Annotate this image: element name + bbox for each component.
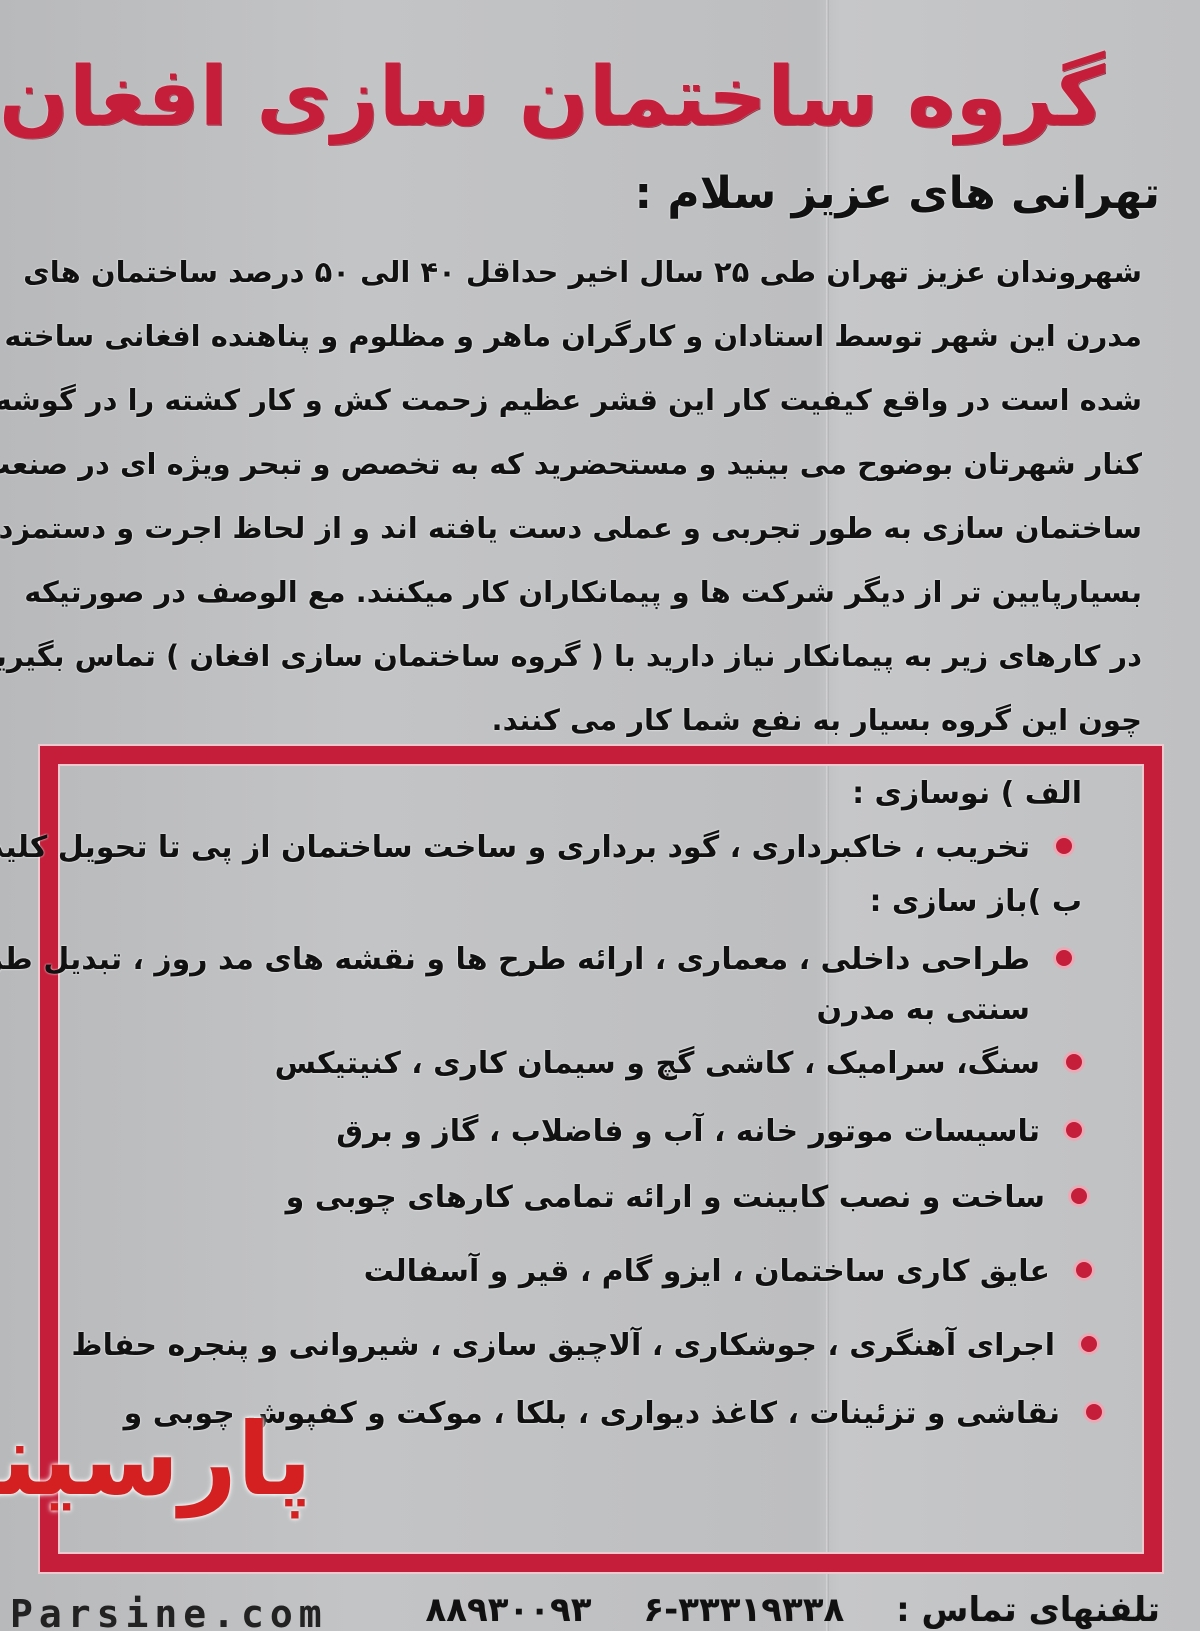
bullet-icon — [1086, 1404, 1102, 1420]
bullet-icon — [1056, 950, 1072, 966]
service-item-text: طراحی داخلی ، معماری ، ارائه طرح ها و نق… — [0, 934, 1030, 986]
service-item: تاسیسات موتور خانه ، آب و فاضلاب ، گاز و… — [336, 1106, 1040, 1158]
service-item-text: ساخت و نصب کابینت و ارائه تمامی کارهای چ… — [286, 1172, 1045, 1224]
bullet-icon — [1056, 838, 1072, 854]
service-item: عایق کاری ساختمان ، ایزو گام ، قیر و آسف… — [364, 1246, 1050, 1298]
service-item-text: تاسیسات موتور خانه ، آب و فاضلاب ، گاز و… — [336, 1106, 1040, 1158]
bullet-icon — [1076, 1262, 1092, 1278]
service-item: ساخت و نصب کابینت و ارائه تمامی کارهای چ… — [286, 1172, 1045, 1224]
bullet-icon — [1066, 1122, 1082, 1138]
service-item-text: عایق کاری ساختمان ، ایزو گام ، قیر و آسف… — [364, 1246, 1050, 1298]
intro-line: شهروندان عزیز تهران طی ۲۵ سال اخیر حداقل… — [52, 240, 1142, 304]
intro-line: شده است در واقع کیفیت کار این قشر عظیم ز… — [52, 368, 1142, 432]
intro-line: مدرن این شهر توسط استادان و کارگران ماهر… — [52, 304, 1142, 368]
contact-phones: تلفنهای تماس : ۳۳۳۱۹۳۳۸-۶ ۸۸۹۳۰۰۹۳ — [386, 1590, 1161, 1630]
intro-line: کنار شهرتان بوضوح می بینید و مستحضرید که… — [52, 432, 1142, 496]
bullet-icon — [1071, 1188, 1087, 1204]
service-item-text: اجرای آهنگری ، جوشکاری ، آلاچیق سازی ، ش… — [71, 1320, 1055, 1372]
intro-line: در کارهای زیر به پیمانکار نیاز دارید با … — [52, 624, 1142, 688]
flyer: گروه ساختمان سازی افغان تهرانی های عزیز … — [0, 0, 1200, 1631]
service-item: تخریب ، خاکبرداری ، گود برداری و ساخت سا… — [0, 822, 1030, 874]
service-item-text: سنگ، سرامیک ، کاشی گچ و سیمان کاری ، کنی… — [275, 1038, 1040, 1090]
bullet-icon — [1066, 1054, 1082, 1070]
section-a-heading: الف ) نوسازی : — [852, 776, 1082, 811]
service-item: سنگ، سرامیک ، کاشی گچ و سیمان کاری ، کنی… — [275, 1038, 1040, 1090]
phone-number: ۳۳۳۱۹۳۳۸-۶ — [643, 1590, 844, 1630]
service-item-text-continued: سنتی به مدرن — [0, 986, 1030, 1034]
intro-line: چون این گروه بسیار به نفع شما کار می کنن… — [52, 688, 1142, 752]
watermark-logo: پارسینه — [12, 1400, 312, 1520]
watermark-url: Parsine.com — [10, 1592, 328, 1631]
intro-line: ساختمان سازی به طور تجربی و عملی دست یاف… — [52, 496, 1142, 560]
phone-number: ۸۸۹۳۰۰۹۳ — [426, 1590, 592, 1630]
service-item: اجرای آهنگری ، جوشکاری ، آلاچیق سازی ، ش… — [71, 1320, 1055, 1372]
section-b-heading: ب )باز سازی : — [869, 884, 1082, 919]
greeting-heading: تهرانی های عزیز سلام : — [634, 168, 1160, 219]
service-item-text: تخریب ، خاکبرداری ، گود برداری و ساخت سا… — [0, 822, 1030, 874]
intro-paragraph: شهروندان عزیز تهران طی ۲۵ سال اخیر حداقل… — [52, 240, 1142, 752]
intro-line: بسیارپایین تر از دیگر شرکت ها و پیمانکار… — [52, 560, 1142, 624]
contact-label: تلفنهای تماس : — [896, 1590, 1160, 1630]
bullet-icon — [1081, 1336, 1097, 1352]
service-item: طراحی داخلی ، معماری ، ارائه طرح ها و نق… — [0, 934, 1030, 1034]
flyer-title: گروه ساختمان سازی افغان — [105, 50, 1105, 145]
